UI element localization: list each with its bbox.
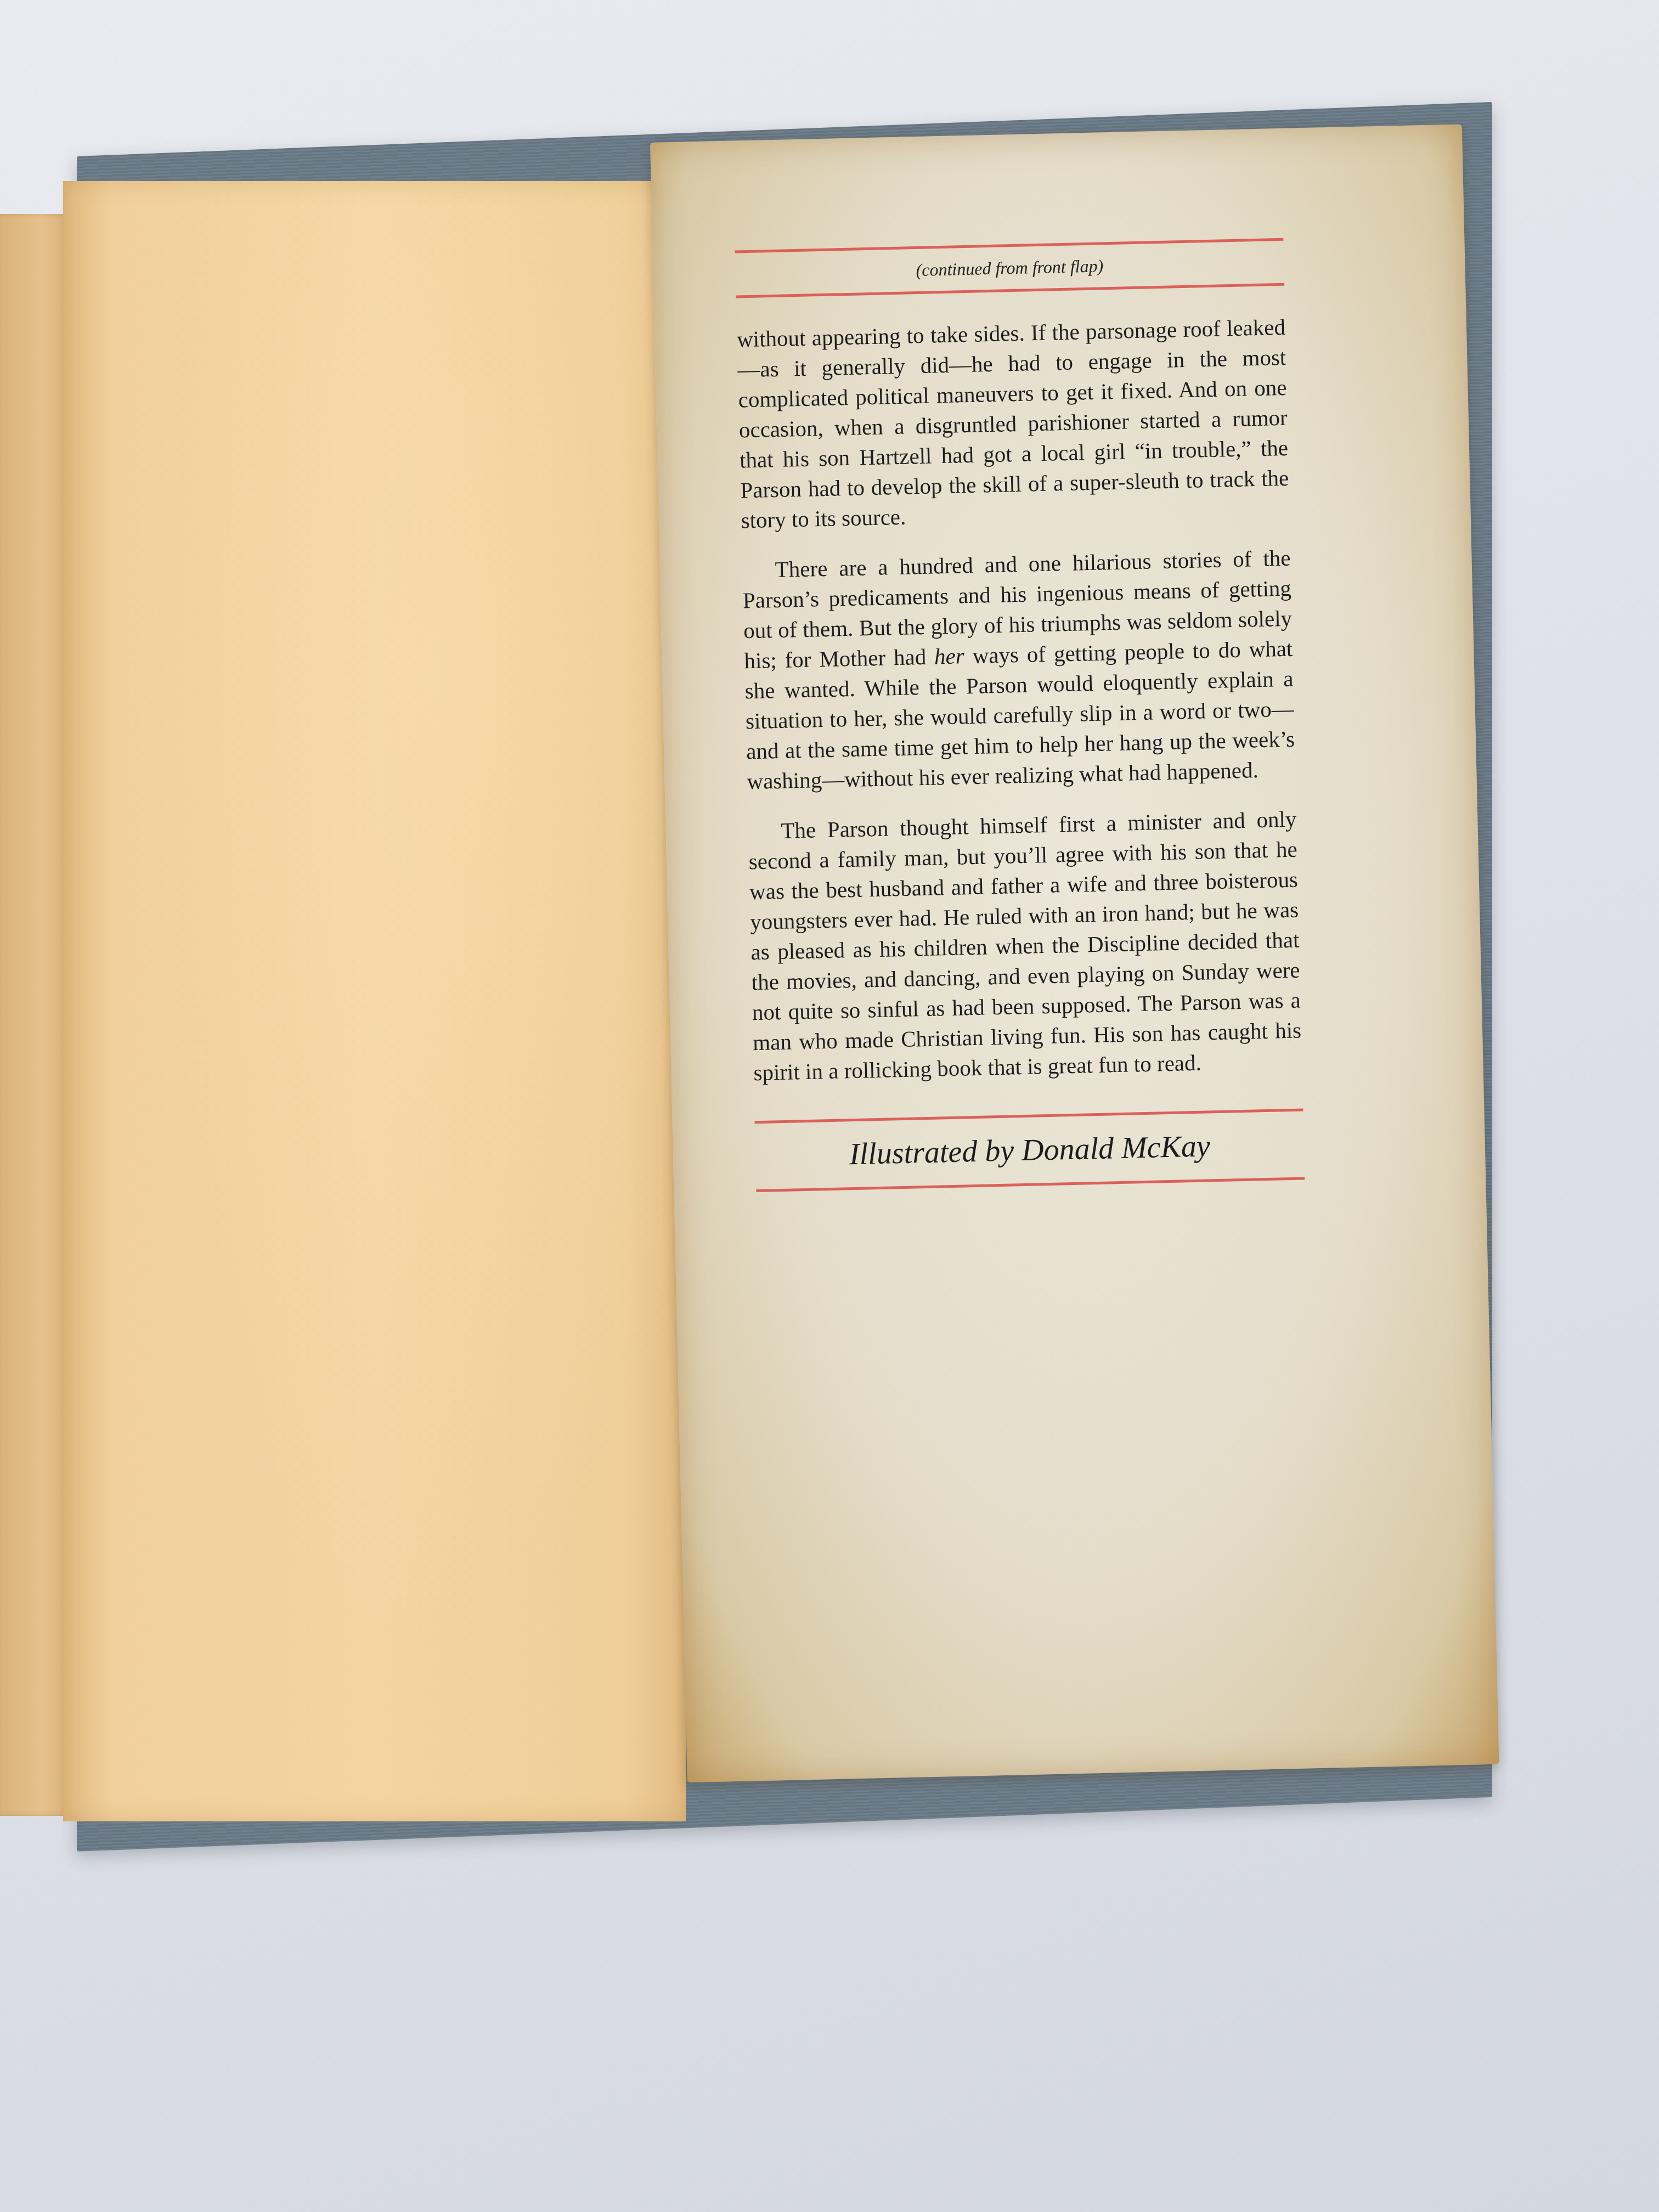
credit-block: Illustrated by Donald McKay (755, 1108, 1305, 1192)
continued-note: (continued from front flap) (735, 252, 1284, 285)
photo-scene: (continued from front flap) without appe… (0, 0, 1659, 2212)
paragraph-3: The Parson thought himself first a minis… (748, 804, 1302, 1088)
flap-content: (continued from front flap) without appe… (735, 238, 1305, 1192)
dust-jacket-flap: (continued from front flap) without appe… (650, 124, 1499, 1782)
illustrator-credit: Illustrated by Donald McKay (755, 1126, 1304, 1174)
credit-rule-bottom (756, 1177, 1305, 1192)
header-rule-bottom (736, 283, 1284, 298)
endpaper (63, 181, 686, 1821)
paragraph-1: without appearing to take sides. If the … (737, 312, 1290, 536)
paragraph-2-emphasis: her (934, 643, 965, 669)
header-rule-top (735, 238, 1283, 253)
previous-page-edge (0, 214, 69, 1816)
paragraph-2: There are a hundred and one hilarious st… (742, 543, 1296, 797)
flap-body: without appearing to take sides. If the … (737, 312, 1302, 1088)
credit-rule-top (755, 1108, 1304, 1124)
